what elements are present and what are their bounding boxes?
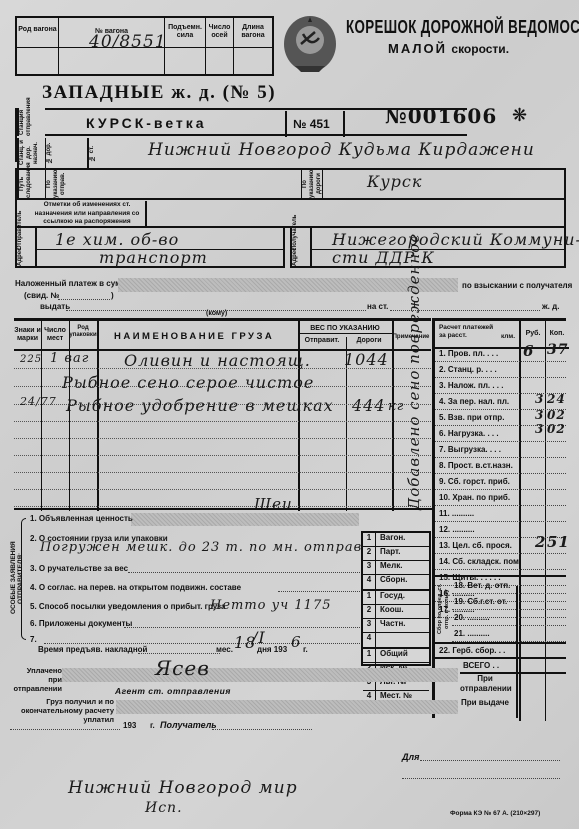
cargo-row-3-name: Рыбное удобрение в мешках (66, 396, 334, 415)
star-ornament-icon: ❋ (512, 105, 527, 126)
at-delivery-label: При выдаче (460, 698, 510, 708)
class-cell: 1Вагон. (363, 533, 429, 547)
cargo-row-3-weight-road: 444 (352, 396, 386, 415)
sender-divider (35, 228, 37, 266)
subgroup-side-label: Сбор по опред. ст. отпр. в пользу (437, 579, 451, 639)
charge-label: 4. За пер. нал. пл. (439, 397, 521, 406)
charge-label: 21. .......... (454, 629, 518, 638)
route-by-sender-label: По указанию отправ. (45, 170, 69, 198)
year-value: 6 (291, 633, 302, 651)
year-suffix: г. (303, 645, 308, 654)
cargo-table: Знаки и марки Число мест Род упаковки НА… (14, 318, 431, 508)
paid-signature: Ясев (155, 656, 210, 680)
marks-header: Знаки и марки (14, 325, 41, 349)
charge-kop: 02 (547, 408, 566, 422)
time-label: Время предъяв. накладной (38, 645, 147, 654)
subtitle-rest: скорости. (451, 42, 509, 56)
sender-name-value: 1е хим. об-во (55, 230, 179, 249)
count-header: Число мест (41, 325, 69, 349)
row-line (14, 438, 431, 439)
row-line (14, 421, 431, 422)
cargo-row-1-count: 1 ваг (50, 351, 89, 366)
dotted-line (44, 643, 360, 644)
length-value (234, 48, 272, 74)
dotted-line (124, 627, 360, 628)
charge-kop: 37 (547, 342, 568, 358)
packaging-header: Род упаковки (69, 325, 97, 349)
wagon-type-header: Род вагона (17, 18, 59, 47)
charge-row: 9. Сб. горст. приб. (435, 474, 579, 490)
charge-row: 18. Вет. д. отп. (452, 578, 566, 594)
date-suffix: г. (150, 721, 155, 730)
cod-label: Наложенный платеж в сумме (15, 279, 131, 288)
declaration-item-7: 7. (30, 635, 37, 644)
charge-kop: 24 (547, 392, 566, 406)
row-line (14, 506, 431, 507)
changes-label: Отметки об изменениях ст. назначения или… (29, 201, 147, 227)
cargo-row-1-marks: 225 (20, 354, 42, 365)
form-code: Форма КЭ № 67 А. (210×297) (450, 810, 540, 817)
charge-rub: 3 (535, 408, 544, 422)
paid-shaded-field (62, 668, 458, 682)
railway-name: ЗАПАДНЫЕ ж. д. (№ 5) (42, 82, 276, 104)
wagon-table: Род вагона № вагона Подъемн. сила Число … (15, 16, 274, 76)
vertical-handwritten-annotation: Добавлено сено поврежденное (405, 330, 423, 510)
bottom-signature-line-2: Исп. (145, 800, 183, 816)
charge-row: 14. Сб. складск. пом. (435, 554, 579, 570)
departure-station-box: КУРСК-ветка (45, 108, 467, 136)
charge-row: 1. Пров. пл. . . .637 (435, 346, 579, 362)
receiver-side-label: Получатель (292, 228, 306, 250)
row-line (14, 489, 431, 490)
month-label: мес. (216, 645, 233, 654)
to-whom-label: (кому) (206, 310, 227, 317)
recipient-signature-line[interactable] (212, 729, 312, 730)
route-side-label: Путь следования (17, 170, 43, 198)
rub-header: Руб. (521, 330, 545, 338)
route-by-road-value: Курск (367, 172, 422, 191)
day-label: дня 193 (257, 645, 287, 654)
sender-address-side-label: Адрес (17, 250, 31, 266)
row-line (14, 472, 431, 473)
charge-label: 6. Нагрузка. . . . (439, 429, 521, 438)
destination-station-handwritten: Нижний Новгород Кудьма Кирдажени (148, 140, 535, 160)
departure-station-side-label: Станция отправления (17, 108, 43, 136)
classification-box: 1Вагон. 2Парт. 3Мелк. 4Сборн. 1Госуд. 2К… (361, 531, 431, 666)
total-top-line (435, 657, 566, 659)
charge-rub: 6 (523, 342, 534, 360)
charge-row: 13. Цел. сб. прося.251 (435, 538, 579, 554)
charge-row: 10. Хран. по приб. (435, 490, 579, 506)
dotted-line (128, 572, 360, 573)
charge-label: 9. Сб. горст. приб. (439, 477, 521, 486)
charge-label: 13. Цел. сб. прося. (439, 541, 521, 550)
waybill-stub-document: Род вагона № вагона Подъемн. сила Число … (0, 0, 579, 829)
charge-label: 18. Вет. д. отп. (454, 581, 518, 590)
subgroup-top-line (435, 575, 566, 577)
charge-label: 5. Взв. при отпр. (439, 413, 521, 422)
declaration-item-5-value: Нетто уч 1175 (210, 598, 332, 613)
kop-header: Коп. (545, 330, 569, 338)
classification-group-owner: 1Госуд. 2Коош. 3Частн. 4 (363, 591, 429, 649)
dor-number-label: № дор. (45, 138, 85, 168)
weight-group-header: ВЕС ПО УКАЗАНИЮ (298, 325, 392, 334)
cargo-row-3-note: кг (388, 399, 404, 414)
received-shaded-field (116, 700, 458, 714)
stamp-duty-label: 22. Герб. сбор. . . (439, 646, 505, 655)
bottom-rub-divider (516, 586, 518, 718)
charges-km-label: клм. (497, 333, 519, 341)
charge-row: 21. .......... (452, 626, 566, 642)
received-label: Груз получил и по окончательному расчету… (10, 697, 114, 724)
row-line (14, 455, 431, 456)
charge-label: 7. Выгрузка. . . . (439, 445, 521, 454)
charge-row: 19. Сб.г.ст. от. (452, 594, 566, 610)
for-label: Для (402, 752, 419, 762)
document-title: КОРЕШОК ДОРОЖНОЙ ВЕДОМОСТИ (346, 17, 579, 38)
charge-label: 8. Прост. в.ст.назн. (439, 461, 521, 470)
ussr-emblem-icon (281, 14, 339, 76)
declarations-brace (21, 518, 26, 640)
axles-value (206, 48, 234, 74)
charge-label: 14. Сб. складск. пом. (439, 557, 521, 566)
dotted-line (138, 653, 220, 654)
departure-number-box: № 451 (285, 111, 345, 137)
class-cell: 4Сборн. (363, 575, 429, 589)
charge-label: 1. Пров. пл. . . . (439, 349, 521, 358)
sender-block: Отправитель Адрес 1е хим. об-во транспор… (15, 228, 285, 268)
declaration-item-2-value: Погружен мешк. до 23 т. по мн. отправ. (40, 540, 367, 555)
receiver-name-value: Нижегородский Коммуни- (332, 230, 579, 249)
sender-address-value: транспорт (99, 248, 208, 267)
total-label: ВСЕГО . . (463, 661, 499, 670)
cargo-signature-mark: Шеи (254, 495, 293, 513)
for-line[interactable] (420, 760, 560, 761)
charge-row: 20. .......... (452, 610, 566, 626)
weight-road-header: Дороги (346, 337, 392, 345)
charge-rub: 3 (535, 392, 544, 406)
charge-row: 11. .......... (435, 506, 579, 522)
weight-sender-header: Отправит. (298, 337, 346, 345)
length-header: Длина вагона (234, 18, 272, 47)
charge-rub: 2 (535, 533, 546, 551)
charge-label: 19. Сб.г.ст. от. (454, 597, 518, 606)
charges-header-label: Расчет платежей за расст. (439, 324, 499, 340)
charge-row: 8. Прост. в.ст.назн. (435, 458, 579, 474)
capacity-header: Подъемн. сила (165, 18, 206, 47)
at-station-label: на ст. (367, 302, 388, 311)
class-cell: 3Частн. (363, 619, 429, 633)
charge-label: 12. .......... (439, 525, 521, 534)
charge-kop: 02 (547, 422, 566, 436)
declaration-item-4: 4. О соглас. на перев. на открытом подви… (30, 583, 241, 592)
charge-label: 11. .......... (439, 509, 521, 518)
charge-label: 20. .......... (454, 613, 518, 622)
paid-label: Уплачено при отправлении (12, 666, 62, 693)
wagon-number-value: 40/8551 (59, 32, 165, 74)
route-block: Путь следования По указанию отправ. По у… (15, 168, 566, 200)
at-dispatch-label: При отправлении (460, 672, 510, 694)
class-cell: 3Мелк. (363, 561, 429, 575)
receiver-address-side-label: Адрес (292, 250, 306, 266)
receiver-divider (310, 228, 312, 266)
class-cell: 1Госуд. (363, 591, 429, 605)
classification-group-shipment: 1Вагон. 2Парт. 3Мелк. 4Сборн. (363, 533, 429, 591)
charge-rub: 3 (535, 422, 544, 436)
document-subtitle: МАЛОЙ скорости. (388, 40, 509, 58)
subtitle-bold: МАЛОЙ (388, 41, 447, 56)
charge-label: 10. Хран. по приб. (439, 493, 521, 502)
cert-close: ) (111, 291, 114, 300)
sender-side-label: Отправитель (17, 228, 31, 250)
declaration-item-6: 6. Приложены документы (30, 619, 132, 628)
declaration-item-5: 5. Способ посылки уведомления о прибыт. … (30, 602, 225, 611)
wagon-type-value (17, 48, 59, 74)
st-number-label: № ст. (87, 138, 139, 168)
charge-label: 2. Станц. р. . . . (439, 365, 521, 374)
charge-label: 3. Налож. пл. . . . (439, 381, 521, 390)
class-cell: 2Коош. (363, 605, 429, 619)
capacity-value (165, 48, 206, 74)
class-cell: 4 (363, 633, 429, 647)
cert-label: (свид. № (24, 291, 59, 300)
cert-line (58, 299, 110, 300)
charge-row: 6. Нагрузка. . . .302 (435, 426, 579, 442)
cargo-row-3-marks: 24/77 (20, 395, 57, 408)
receiver-block: Получатель Адрес Нижегородский Коммуни- … (290, 228, 566, 268)
cargo-row-1-name: Оливин и настоящ. (124, 351, 311, 370)
route-by-road-label: По указанию дороги (301, 170, 323, 198)
declaration-item-1: 1. Объявленная ценность (30, 514, 133, 523)
class-cell: 2Парт. (363, 547, 429, 561)
bottom-signature-line-1: Нижний Новгород мир (68, 778, 298, 798)
declarations-top-line (14, 508, 432, 510)
departure-station-value: КУРСК-ветка (86, 115, 207, 131)
charge-row: 7. Выгрузка. . . . (435, 442, 579, 458)
recipient-label: Получатель (160, 720, 217, 730)
date-line-year: 193 (123, 721, 136, 730)
changes-block: Отметки об изменениях ст. назначения или… (15, 200, 566, 228)
agent-label: Агент ст. отправления (115, 686, 231, 696)
departure-station-number: № 451 (293, 117, 330, 131)
cargo-name-header: НАИМЕНОВАНИЕ ГРУЗА (114, 331, 274, 342)
cargo-row-1-weight-road: 1044 (344, 350, 389, 369)
charge-kop: 51 (547, 533, 570, 551)
class-cell: 1Общий (363, 649, 429, 663)
stamp-duty-top-line (435, 642, 566, 644)
cargo-row-2-name: Рыбное сено серое чистое (62, 373, 314, 392)
axles-header: Число осей (206, 18, 234, 47)
charge-row: 2. Станц. р. . . . (435, 362, 579, 378)
recovery-label: по взыскании с получателя (462, 281, 572, 290)
declared-value-shaded-field (131, 513, 359, 526)
declaration-item-3: 3. О ручательстве за вес (30, 564, 128, 573)
dotted-line (278, 591, 360, 592)
for-line-2[interactable] (402, 778, 560, 779)
dotted-line (10, 729, 120, 730)
railway-suffix: ж. д. (542, 302, 559, 311)
